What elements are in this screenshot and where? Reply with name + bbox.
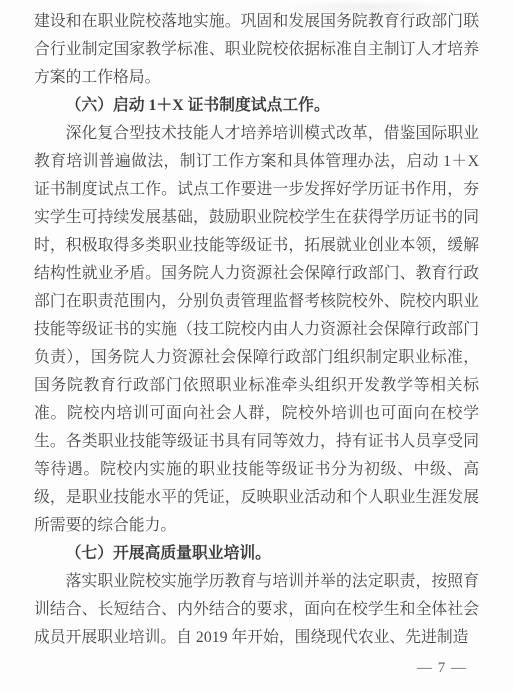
page-number: — 7 — bbox=[34, 655, 479, 681]
section-heading-seven: （七）开展高质量职业培训。 bbox=[34, 540, 479, 568]
paragraph-section-seven-body: 落实职业院校实施学历教育与培训并举的法定职责，按照育训结合、长短结合、内外结合的… bbox=[34, 568, 479, 652]
section-heading-six: （六）启动 1＋X 证书制度试点工作。 bbox=[34, 92, 479, 120]
paragraph-continuation: 建设和在职业院校落地实施。巩固和发展国务院教育行政部门联合行业制定国家教学标准、… bbox=[34, 8, 479, 92]
paragraph-section-six-body: 深化复合型技术技能人才培养培训模式改革，借鉴国际职业教育培训普遍做法，制订工作方… bbox=[34, 120, 479, 540]
document-page-background: { "document": { "kind": "scanned-governm… bbox=[0, 0, 513, 693]
document-text-area: 建设和在职业院校落地实施。巩固和发展国务院教育行政部门联合行业制定国家教学标准、… bbox=[0, 0, 513, 681]
